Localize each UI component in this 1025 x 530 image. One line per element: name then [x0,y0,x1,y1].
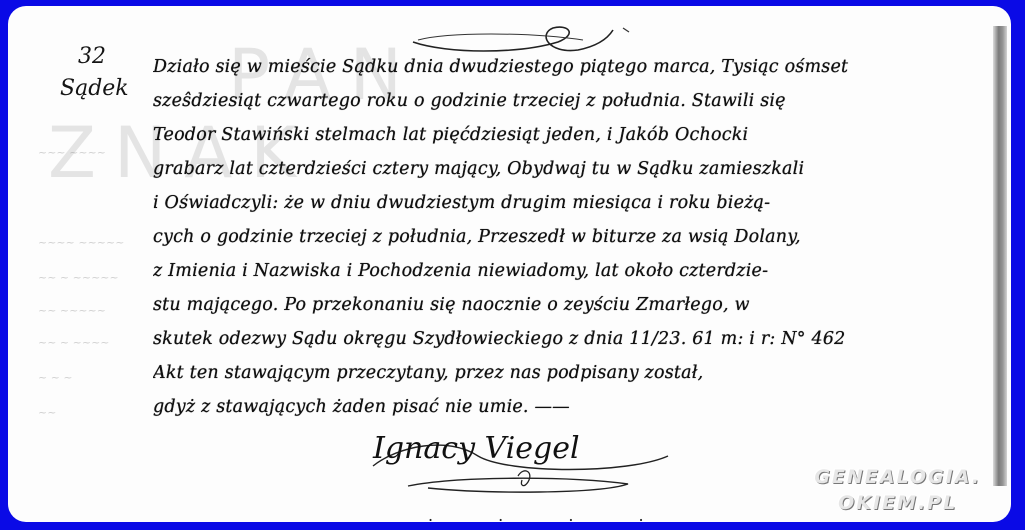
record-line: stu mającego. Po przekonaniu się naoczni… [153,288,988,322]
site-logo-line-1: GENEALOGIA. [814,464,981,490]
record-line: grabarz lat czterdzieści cztery mający, … [153,152,988,186]
site-logo-line-2: OKIEM.PL [814,490,981,516]
faded-margin-text: ~~ ~ ~~~~ [38,336,148,349]
page-binding-edge [993,26,1007,486]
record-line: cych o godzinie trzeciej z południa, Prz… [153,220,988,254]
record-line: Działo się w mieście Sądku dnia dwudzies… [153,50,988,84]
record-line: skutek odezwy Sądu okręgu Szydłowieckieg… [153,322,988,356]
faded-margin-text: ~~ ~~~~~ [38,304,148,317]
record-line: szeŝdziesiąt czwartego roku o godzinie t… [153,84,988,118]
site-logo: GENEALOGIA. OKIEM.PL [814,464,981,516]
document-frame: PAN ZNAK ~~~ ~~~~ ~~~~ ~~~~~ ~~ ~ ~~~~~ … [8,6,1011,522]
margin-place-name: Sądek [60,76,129,101]
faded-margin-text: ~~~ ~~~~ [38,146,148,159]
record-text: Działo się w mieście Sądku dnia dwudzies… [153,50,988,424]
record-line: i Oświadczyli: że w dniu dwudziestym dru… [153,186,988,220]
entry-number: 32 [78,44,106,69]
record-line: Teodor Stawiński stelmach lat pięćdziesi… [153,118,988,152]
record-line: Akt ten stawającym przeczytany, przez na… [153,356,988,390]
record-line: gdyż z stawających żaden pisać nie umie.… [153,390,988,424]
faded-margin-text: ~~~~ ~~~~~ [38,236,148,249]
record-line: z Imienia i Nazwiska i Pochodzenia niewi… [153,254,988,288]
faded-margin-text: ~~ [38,406,148,419]
cut-off-text: . . . . [428,506,674,522]
faded-margin-text: ~~ ~ ~~~~~ [38,271,148,284]
faded-margin-text: ~ ~ ~ [38,371,148,384]
signature: Ignacy Viegel [373,431,580,466]
